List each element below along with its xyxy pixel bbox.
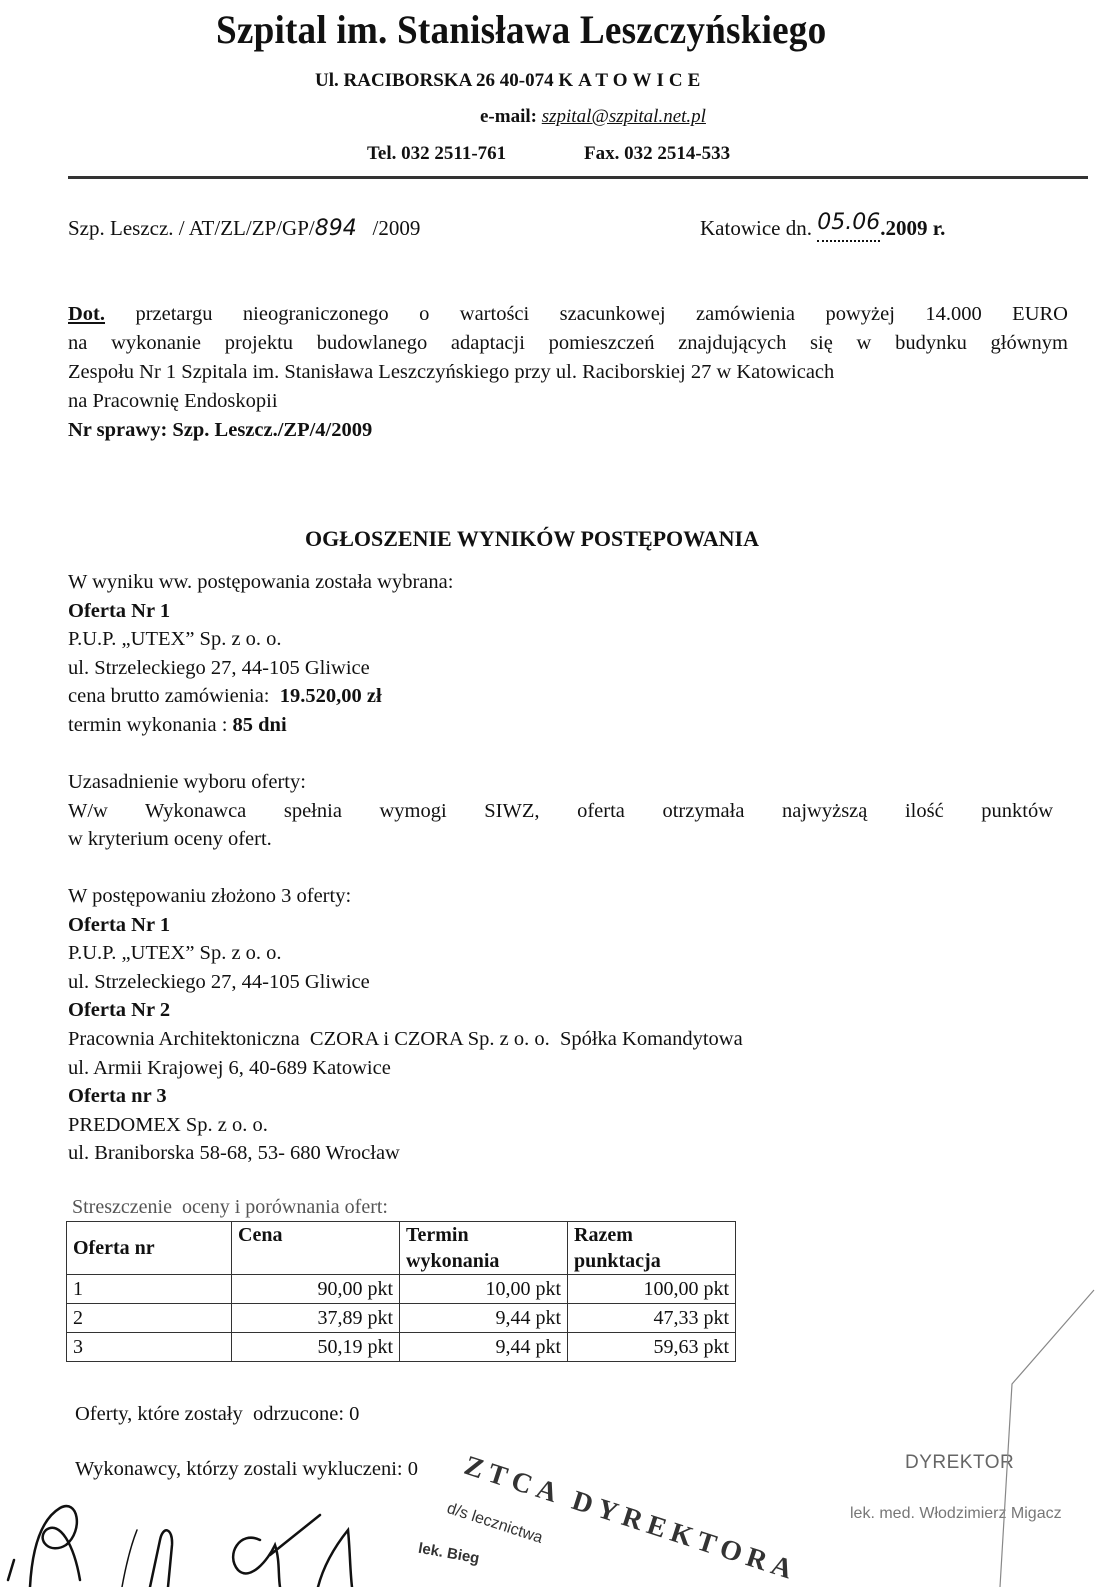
justification-line-2: w kryterium oceny ofert. (68, 825, 1068, 854)
cell-total: 100,00 pkt (568, 1275, 736, 1304)
offer-company: Pracownia Architektoniczna CZORA i CZORA… (68, 1025, 1068, 1054)
offer-address: ul. Strzeleckiego 27, 44-105 Gliwice (68, 968, 1068, 997)
summary-table-caption: Streszczenie oceny i porównania ofert: (72, 1196, 388, 1219)
address-city: KATOWICE (558, 70, 705, 91)
hospital-name: Szpital im. Stanisława Leszczyńskiego (216, 6, 826, 53)
header-term: Terminwykonania (400, 1222, 568, 1275)
selected-company: P.U.P. „UTEX” Sp. z o. o. (68, 625, 1068, 654)
selected-term: termin wykonania : 85 dni (68, 711, 1068, 740)
justification-label: Uzasadnienie wyboru oferty: (68, 768, 1068, 797)
deputy-director-stamp-area: d/s lecznictwa (444, 1500, 544, 1548)
selected-offer-label: Oferta Nr 1 (68, 600, 170, 622)
cell-price: 50,19 pkt (232, 1333, 400, 1362)
offer-address: ul. Armii Krajowej 6, 40-689 Katowice (68, 1054, 1068, 1083)
cell-term: 9,44 pkt (400, 1333, 568, 1362)
letterhead-divider (68, 176, 1088, 179)
price-value: 19.520,00 zł (280, 685, 382, 707)
table-row: 3 50,19 pkt 9,44 pkt 59,63 pkt (67, 1333, 736, 1362)
hospital-email: e-mail: szpital@szpital.net.pl (480, 106, 706, 128)
date-handwritten: 05.06 (817, 210, 880, 235)
table-header-row: Oferta nr Cena Terminwykonania Razempunk… (67, 1222, 736, 1275)
selected-price: cena brutto zamówienia: 19.520,00 zł (68, 682, 1068, 711)
director-stamp-name: lek. med. Włodzimierz Migacz (850, 1505, 1062, 1523)
offer-label: Oferta Nr 1 (68, 914, 170, 936)
reference-number: Szp. Leszcz. / AT/ZL/ZP/GP/894 /2009 (68, 216, 420, 241)
excluded-contractors: Wykonawcy, którzy zostali wykluczeni: 0 (75, 1458, 418, 1481)
hospital-address: Ul. RACIBORSKA 26 40-074 KATOWICE (315, 70, 705, 92)
header-total: Razempunktacja (568, 1222, 736, 1275)
offers-intro: W postępowaniu złożono 3 oferty: (68, 882, 1068, 911)
subject-line-2: na wykonanie projektu budowlanego adapta… (68, 329, 1068, 358)
offer-item-2: Oferta Nr 2 Pracownia Architektoniczna C… (68, 996, 1068, 1082)
cell-price: 90,00 pkt (232, 1275, 400, 1304)
table-row: 2 37,89 pkt 9,44 pkt 47,33 pkt (67, 1304, 736, 1333)
summary-table: Oferta nr Cena Terminwykonania Razempunk… (66, 1221, 736, 1362)
cell-offer-nr: 1 (67, 1275, 232, 1304)
email-label: e-mail: (480, 106, 537, 127)
offer-company: PREDOMEX Sp. z o. o. (68, 1111, 1068, 1140)
table-row: 1 90,00 pkt 10,00 pkt 100,00 pkt (67, 1275, 736, 1304)
cell-term: 9,44 pkt (400, 1304, 568, 1333)
subject-dot-label: Dot. (68, 303, 105, 325)
hospital-phone: Tel. 032 2511-761 (367, 143, 506, 165)
email-link[interactable]: szpital@szpital.net.pl (542, 106, 706, 127)
justification-line-1: W/w Wykonawca spełnia wymogi SIWZ, ofert… (68, 797, 1053, 826)
offers-list: W postępowaniu złożono 3 oferty: Oferta … (68, 882, 1068, 1168)
cell-offer-nr: 3 (67, 1333, 232, 1362)
selected-intro: W wyniku ww. postępowania została wybran… (68, 568, 1068, 597)
offer-label: Oferta nr 3 (68, 1085, 167, 1107)
date-suffix: .2009 r. (880, 216, 945, 240)
subject-line-1: Dot. przetargu nieograniczonego o wartoś… (68, 300, 1068, 329)
announcement-heading: OGŁOSZENIE WYNIKÓW POSTĘPOWANIA (305, 526, 759, 552)
hospital-fax: Fax. 032 2514-533 (584, 143, 730, 165)
rejected-offers: Oferty, które zostały odrzucone: 0 (75, 1403, 359, 1426)
selected-offer-block: W wyniku ww. postępowania została wybran… (68, 568, 1068, 740)
offer-item-3: Oferta nr 3 PREDOMEX Sp. z o. o. ul. Bra… (68, 1082, 1068, 1168)
cell-total: 59,63 pkt (568, 1333, 736, 1362)
reference-year: /2009 (357, 216, 421, 240)
deputy-director-stamp-title: ZTCA DYREKTORA (460, 1450, 802, 1587)
deputy-director-stamp-name: lek. Bieg (417, 1540, 481, 1567)
offer-address: ul. Braniborska 58-68, 53- 680 Wrocław (68, 1139, 1068, 1168)
cell-offer-nr: 2 (67, 1304, 232, 1333)
offer-company: P.U.P. „UTEX” Sp. z o. o. (68, 939, 1068, 968)
director-stamp-title: DYREKTOR (905, 1452, 1014, 1474)
date-prefix: Katowice dn. (700, 216, 817, 240)
header-offer-nr: Oferta nr (67, 1222, 232, 1275)
subject-line-3: Zespołu Nr 1 Szpitala im. Stanisława Les… (68, 358, 1068, 387)
justification-block: Uzasadnienie wyboru oferty: W/w Wykonawc… (68, 768, 1068, 854)
reference-handwritten-number: 894 (315, 216, 357, 241)
offer-label: Oferta Nr 2 (68, 999, 170, 1021)
selected-address: ul. Strzeleckiego 27, 44-105 Gliwice (68, 654, 1068, 683)
subject-block: Dot. przetargu nieograniczonego o wartoś… (68, 300, 1068, 445)
cell-total: 47,33 pkt (568, 1304, 736, 1333)
cell-term: 10,00 pkt (400, 1275, 568, 1304)
offer-item-1: Oferta Nr 1 P.U.P. „UTEX” Sp. z o. o. ul… (68, 911, 1068, 997)
document-date: Katowice dn. 05.06.2009 r. (700, 216, 945, 241)
reference-prefix: Szp. Leszcz. / AT/ZL/ZP/GP/ (68, 216, 315, 240)
term-value: 85 dni (233, 714, 287, 736)
subject-line-4: na Pracownię Endoskopii (68, 387, 1068, 416)
address-street: Ul. RACIBORSKA 26 40-074 (315, 70, 554, 91)
case-number: Nr sprawy: Szp. Leszcz./ZP/4/2009 (68, 416, 1068, 445)
header-price: Cena (232, 1222, 400, 1275)
cell-price: 37,89 pkt (232, 1304, 400, 1333)
